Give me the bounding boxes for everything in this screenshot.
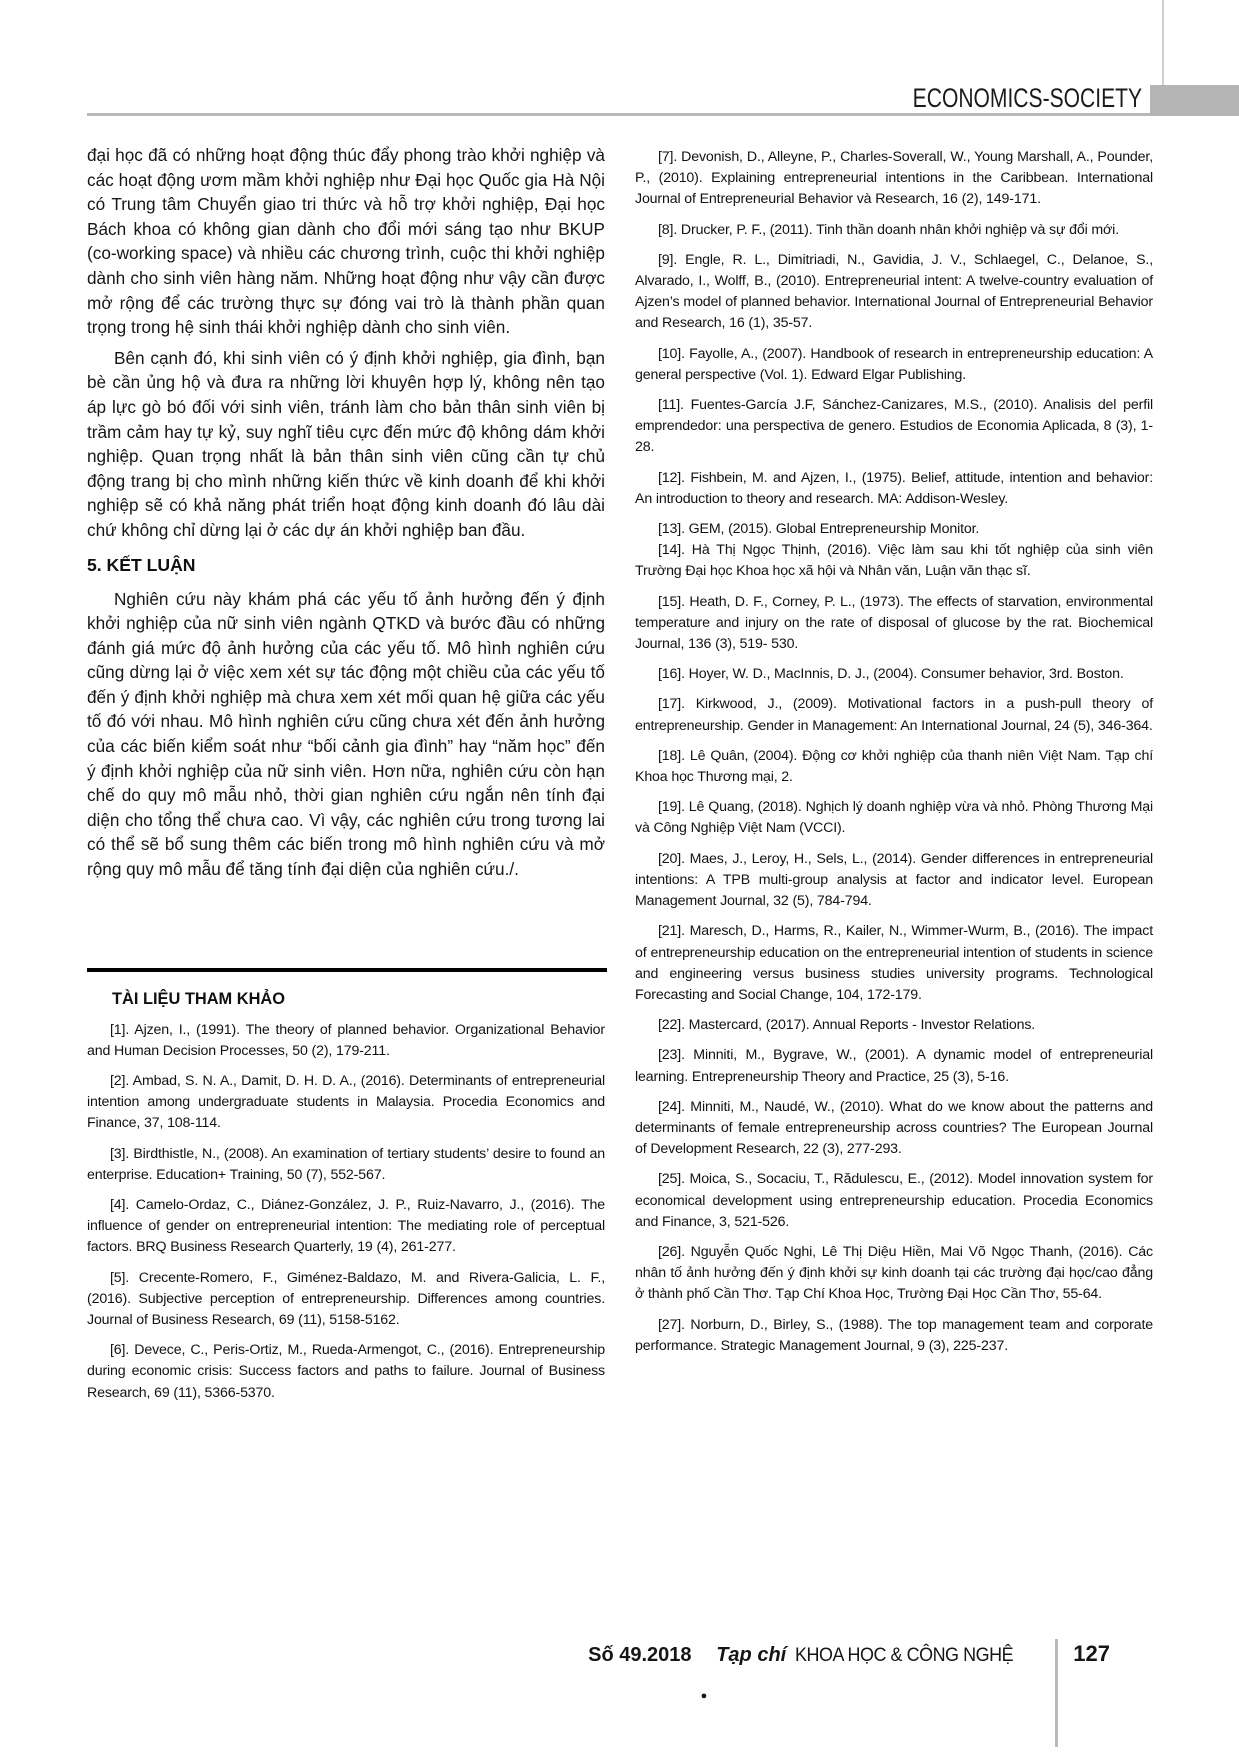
references-heading: TÀI LIỆU THAM KHẢO [87,988,605,1010]
reference-item: [23]. Minniti, M., Bygrave, W., (2001). … [635,1045,1153,1087]
body-paragraph: Bên cạnh đó, khi sinh viên có ý định khở… [87,346,605,543]
reference-item: [3]. Birdthistle, N., (2008). An examina… [87,1144,605,1186]
reference-item: [20]. Maes, J., Leroy, H., Sels, L., (20… [635,849,1153,913]
conclusion-heading: 5. KẾT LUẬN [87,553,605,577]
reference-item: [24]. Minniti, M., Naudé, W., (2010). Wh… [635,1097,1153,1161]
reference-item: [7]. Devonish, D., Alleyne, P., Charles-… [635,147,1153,211]
reference-item: [12]. Fishbein, M. and Ajzen, I., (1975)… [635,468,1153,510]
reference-item: [5]. Crecente-Romero, F., Giménez-Baldaz… [87,1268,605,1332]
header-horizontal-rule [87,113,1150,116]
footer-journal-label: Tạp chí [716,1644,786,1667]
reference-item: [1]. Ajzen, I., (1991). The theory of pl… [87,1020,605,1062]
page-header-section-label: ECONOMICS-SOCIETY [913,84,1142,113]
header-vertical-rule [1162,0,1164,85]
page-footer: Số 49.2018 ● Tạp chí KHOA HỌC & CÔNG NGH… [588,1641,1110,1747]
reference-item: [17]. Kirkwood, J., (2009). Motivational… [635,694,1153,736]
header-gray-block [1150,85,1239,116]
footer-vertical-rule [1055,1639,1058,1747]
reference-item: [26]. Nguyễn Quốc Nghi, Lê Thị Diệu Hiền… [635,1242,1153,1306]
page-number: 127 [1073,1641,1110,1667]
conclusion-paragraph: Nghiên cứu này khám phá các yếu tố ảnh h… [87,587,605,882]
footer-issue: Số 49.2018 [588,1644,691,1667]
reference-item: [6]. Devece, C., Peris-Ortiz, M., Rueda-… [87,1340,605,1404]
reference-item: [2]. Ambad, S. N. A., Damit, D. H. D. A.… [87,1071,605,1135]
journal-page: ECONOMICS-SOCIETY đại học đã có những ho… [0,0,1239,1753]
reference-item: [19]. Lê Quang, (2018). Nghịch lý doanh … [635,797,1153,839]
right-column: [7]. Devonish, D., Alleyne, P., Charles-… [635,147,1153,1366]
reference-item: [18]. Lê Quân, (2004). Động cơ khởi nghi… [635,746,1153,788]
body-paragraph: đại học đã có những hoạt động thúc đẩy p… [87,143,605,340]
left-column: đại học đã có những hoạt động thúc đẩy p… [87,143,605,1413]
reference-item: [25]. Moica, S., Socaciu, T., Rădulescu,… [635,1169,1153,1233]
reference-item: [27]. Norburn, D., Birley, S., (1988). T… [635,1315,1153,1357]
reference-item: [9]. Engle, R. L., Dimitriadi, N., Gavid… [635,250,1153,335]
reference-item: [13]. GEM, (2015). Global Entrepreneursh… [635,519,1153,540]
reference-item: [11]. Fuentes-García J.F, Sánchez-Caniza… [635,395,1153,459]
reference-item: [8]. Drucker, P. F., (2011). Tinh thần d… [635,220,1153,241]
reference-item: [10]. Fayolle, A., (2007). Handbook of r… [635,344,1153,386]
references-divider-rule [87,968,607,972]
reference-item: [22]. Mastercard, (2017). Annual Reports… [635,1015,1153,1036]
reference-item: [15]. Heath, D. F., Corney, P. L., (1973… [635,592,1153,656]
reference-item: [16]. Hoyer, W. D., MacInnis, D. J., (20… [635,664,1153,685]
reference-item: [21]. Maresch, D., Harms, R., Kailer, N.… [635,921,1153,1006]
reference-item: [4]. Camelo-Ordaz, C., Diánez-González, … [87,1195,605,1259]
footer-bullet-icon: ● [701,1690,708,1702]
footer-journal-name: KHOA HỌC & CÔNG NGHỆ [795,1644,1013,1667]
reference-item: [14]. Hà Thị Ngọc Thịnh, (2016). Việc là… [635,540,1153,582]
